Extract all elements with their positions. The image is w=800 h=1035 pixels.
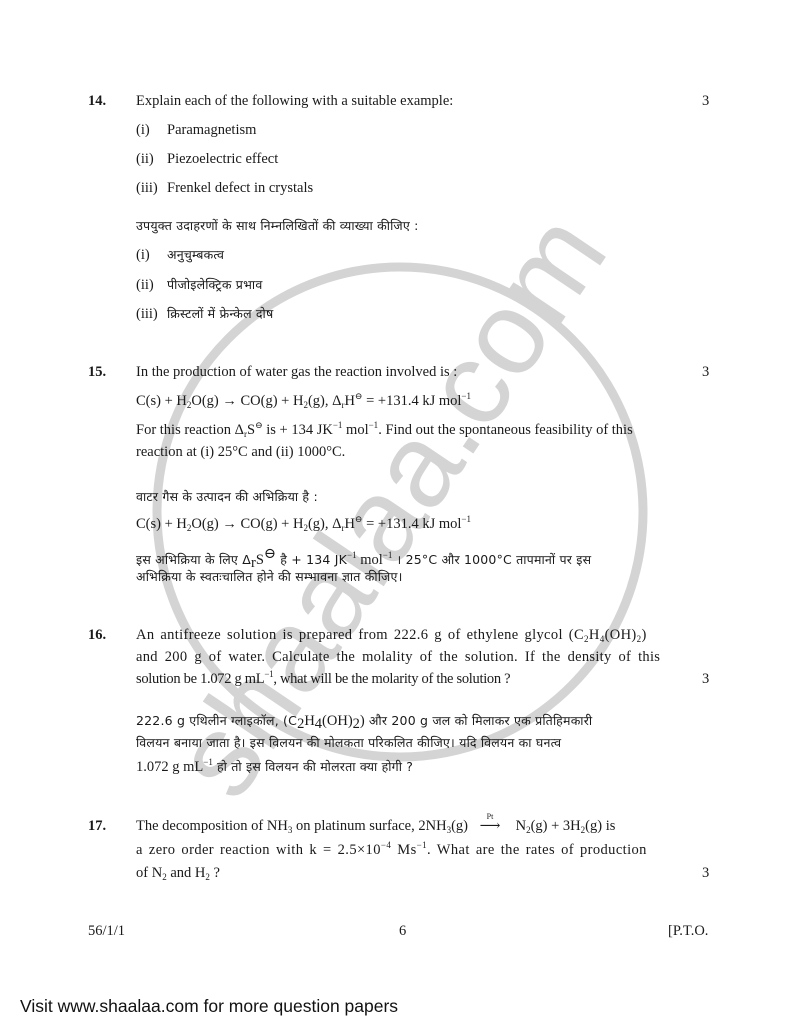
question-text-line-hindi: अभिक्रिया के स्वतःचालित होने की सम्भावना… bbox=[136, 567, 403, 587]
question-number: 16. bbox=[88, 625, 106, 645]
visit-banner-link[interactable]: Visit www.shaalaa.com for more question … bbox=[20, 996, 398, 1017]
question-number: 15. bbox=[88, 362, 106, 382]
reaction-equation: C(s) + H2O(g) → CO(g) + H2(g), ΔrH⊖ = +1… bbox=[136, 391, 471, 411]
item-label: (i) bbox=[136, 120, 150, 140]
catalyst-arrow: Pt⟶ bbox=[468, 816, 512, 836]
question-text-line: solution be 1.072 g mL−1, what will be t… bbox=[136, 669, 510, 689]
question-text-line: a zero order reaction with k = 2.5×10−4 … bbox=[136, 840, 647, 860]
item-label: (ii) bbox=[136, 149, 154, 169]
question-text-line-hindi: 222.6 g एथिलीन ग्लाइकॉल, (C2H4(OH)2) और … bbox=[136, 711, 592, 734]
item-text-hindi: अनुचुम्बकत्व bbox=[167, 245, 224, 265]
question-text-line: An antifreeze solution is prepared from … bbox=[136, 625, 647, 645]
marks: 3 bbox=[702, 669, 709, 689]
question-stem: Explain each of the following with a sui… bbox=[136, 91, 453, 111]
item-text-hindi: क्रिस्टलों में फ्रेन्केल दोष bbox=[167, 304, 273, 324]
item-text: Piezoelectric effect bbox=[167, 149, 278, 169]
question-text-line: and 200 g of water. Calculate the molali… bbox=[136, 647, 660, 667]
item-label: (iii) bbox=[136, 304, 158, 324]
question-text-line-hindi: 1.072 g mL−1 हो तो इस विलयन की मोलरता क्… bbox=[136, 757, 413, 777]
question-text-line: reaction at (i) 25°C and (ii) 1000°C. bbox=[136, 442, 345, 462]
pto-label: [P.T.O. bbox=[668, 921, 708, 941]
marks: 3 bbox=[702, 863, 709, 883]
paper-code: 56/1/1 bbox=[88, 921, 125, 941]
question-text-line: The decomposition of NH3 on platinum sur… bbox=[136, 816, 615, 836]
reaction-equation: C(s) + H2O(g) → CO(g) + H2(g), ΔrH⊖ = +1… bbox=[136, 514, 471, 534]
item-text: Frenkel defect in crystals bbox=[167, 178, 313, 198]
question-number: 17. bbox=[88, 816, 106, 836]
question-stem-hindi: उपयुक्त उदाहरणों के साथ निम्नलिखितों की … bbox=[136, 216, 419, 236]
marks: 3 bbox=[702, 362, 709, 382]
question-stem-hindi: वाटर गैस के उत्पादन की अभिक्रिया है : bbox=[136, 487, 318, 507]
question-number: 14. bbox=[88, 91, 106, 111]
question-stem: In the production of water gas the react… bbox=[136, 362, 457, 382]
item-label: (ii) bbox=[136, 275, 154, 295]
item-label: (i) bbox=[136, 245, 150, 265]
question-text-line-hindi: विलयन बनाया जाता है। इस विलयन की मोलकता … bbox=[136, 733, 561, 753]
marks: 3 bbox=[702, 91, 709, 111]
item-label: (iii) bbox=[136, 178, 158, 198]
question-text-line: of N2 and H2 ? bbox=[136, 863, 220, 883]
question-text-line: For this reaction ΔrS⊖ is + 134 JK−1 mol… bbox=[136, 420, 633, 440]
item-text: Paramagnetism bbox=[167, 120, 256, 140]
page-number: 6 bbox=[399, 921, 406, 941]
item-text-hindi: पीजोइलेक्ट्रिक प्रभाव bbox=[167, 275, 262, 295]
